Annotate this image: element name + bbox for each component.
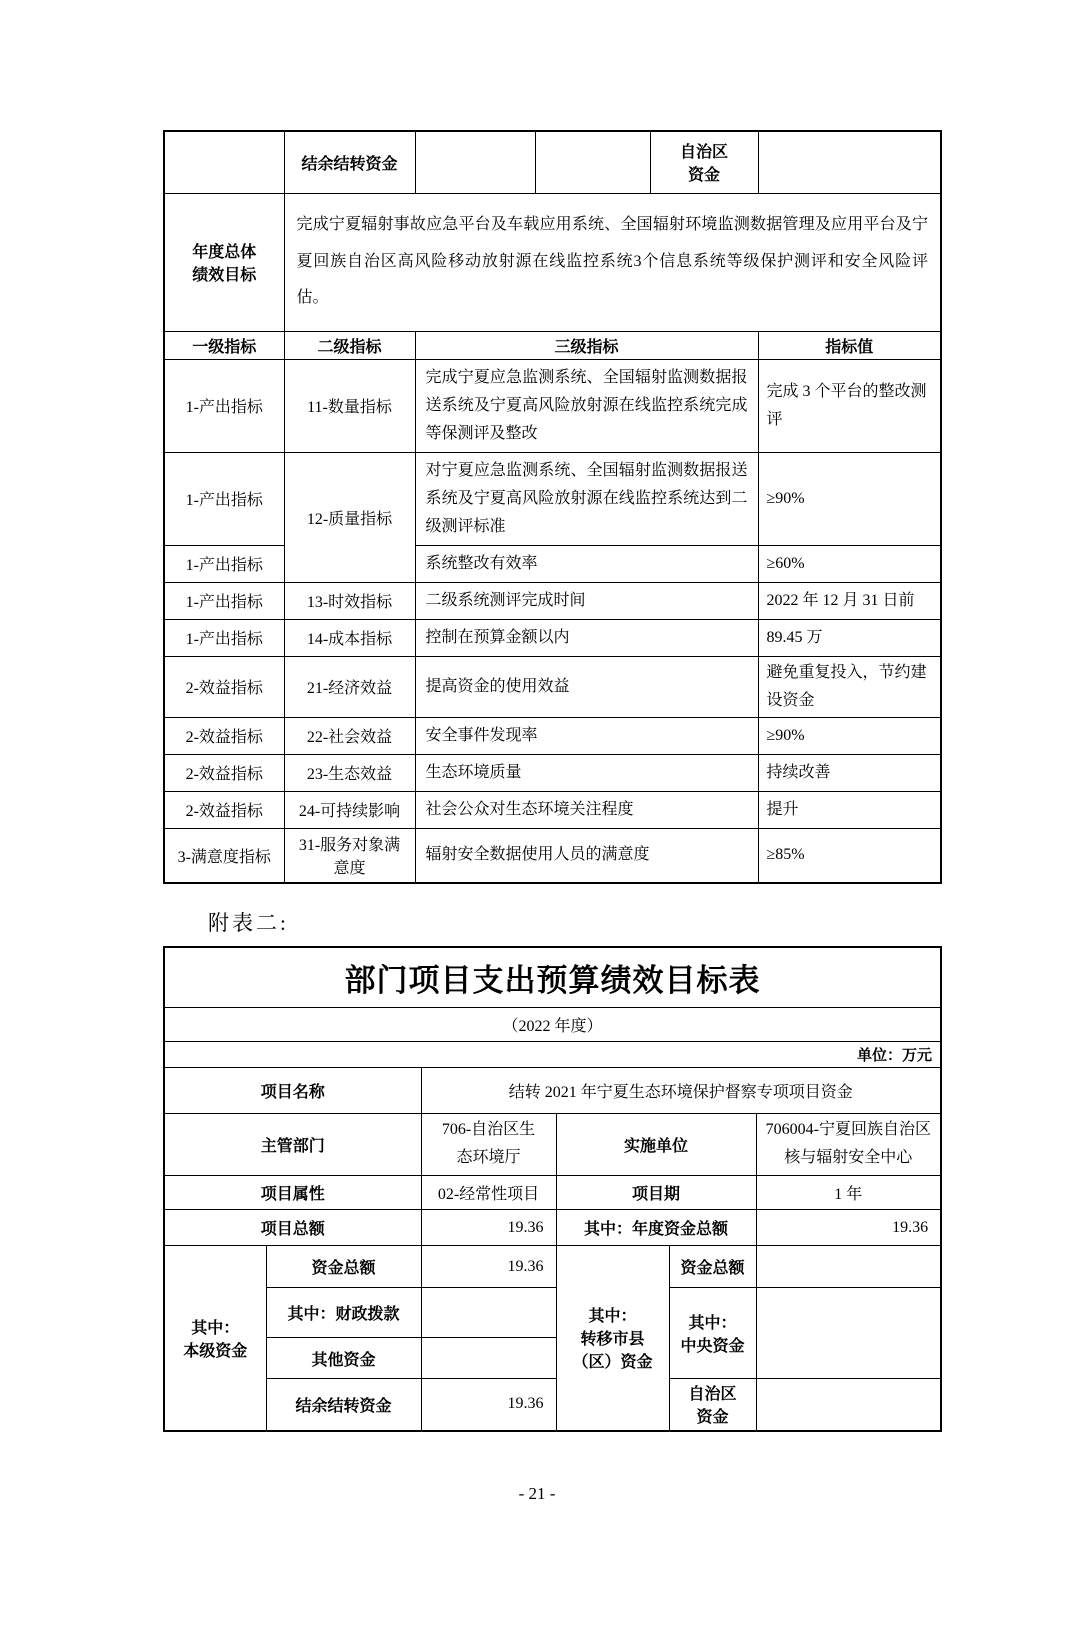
project-total-label: 项目总额: [164, 1210, 421, 1246]
indicator-level2: 23-生态效益: [284, 754, 415, 791]
indicator-level2: 13-时效指标: [284, 582, 415, 619]
indicator-row: 2-效益指标 24-可持续影响 社会公众对生态环境关注程度 提升: [164, 791, 941, 828]
indicator-level3: 对宁夏应急监测系统、全国辐射监测数据报送系统及宁夏高风险放射源在线监控系统达到二…: [415, 452, 758, 545]
indicator-level2: 31-服务对象满 意度: [284, 828, 415, 883]
indicator-level1: 2-效益指标: [164, 717, 284, 754]
indicator-level2: 21-经济效益: [284, 656, 415, 717]
table-year: （2022 年度）: [164, 1007, 941, 1041]
indicator-header-level1: 一级指标: [164, 331, 284, 359]
funds-row: 结余结转资金 19.36 自治区 资金: [164, 1379, 941, 1431]
project-budget-table: 部门项目支出预算绩效目标表 （2022 年度） 单位：万元 项目名称 结转 20…: [163, 946, 942, 1432]
region-funds-label: 自治区 资金: [669, 1379, 756, 1431]
annual-total-value: 19.36: [756, 1210, 941, 1246]
indicator-level1: 1-产出指标: [164, 619, 284, 656]
indicator-value: 提升: [758, 791, 941, 828]
indicator-header-row: 一级指标 二级指标 三级指标 指标值: [164, 331, 941, 359]
project-total-row: 项目总额 19.36 其中：年度资金总额 19.36: [164, 1210, 941, 1246]
other-funds-label: 其他资金: [266, 1338, 421, 1379]
indicator-header-value: 指标值: [758, 331, 941, 359]
indicator-level3: 提高资金的使用效益: [415, 656, 758, 717]
page-content: 结余结转资金 自治区 资金 年度总体 绩效目标 完成宁夏辐射事故应急平台及车载应…: [0, 130, 1074, 1432]
project-period-label: 项目期: [556, 1176, 756, 1210]
indicator-value: 避免重复投入，节约建设资金: [758, 656, 941, 717]
indicator-header-level3: 三级指标: [415, 331, 758, 359]
carryover-funds-row: 结余结转资金 自治区 资金: [164, 131, 941, 193]
indicator-level3: 生态环境质量: [415, 754, 758, 791]
table-unit: 单位：万元: [164, 1041, 941, 1067]
other-funds-value: [421, 1338, 556, 1379]
project-name-row: 项目名称 结转 2021 年宁夏生态环境保护督察专项项目资金: [164, 1067, 941, 1113]
empty-cell: [535, 131, 650, 193]
indicator-level3: 完成宁夏应急监测系统、全国辐射监测数据报送系统及宁夏高风险放射源在线监控系统完成…: [415, 359, 758, 452]
annual-total-label: 其中：年度资金总额: [556, 1210, 756, 1246]
annual-goal-text: 完成宁夏辐射事故应急平台及车载应用系统、全国辐射环境监测数据管理及应用平台及宁夏…: [284, 193, 941, 331]
fiscal-appropriation-value: [421, 1288, 556, 1338]
empty-cell: [164, 131, 284, 193]
indicator-level1: 1-产出指标: [164, 545, 284, 582]
indicator-level1: 1-产出指标: [164, 582, 284, 619]
fiscal-appropriation-label: 其中：财政拨款: [266, 1288, 421, 1338]
indicator-row: 1-产出指标 14-成本指标 控制在预算金额以内 89.45 万: [164, 619, 941, 656]
project-period-value: 1 年: [756, 1176, 941, 1210]
indicator-level1: 2-效益指标: [164, 791, 284, 828]
performance-table-continued: 结余结转资金 自治区 资金 年度总体 绩效目标 完成宁夏辐射事故应急平台及车载应…: [163, 130, 942, 884]
indicator-value: ≥90%: [758, 717, 941, 754]
indicator-value: 持续改善: [758, 754, 941, 791]
indicator-level3: 系统整改有效率: [415, 545, 758, 582]
central-funds-value: [756, 1288, 941, 1379]
indicator-level1: 2-效益指标: [164, 754, 284, 791]
indicator-level2: 12-质量指标: [284, 452, 415, 582]
indicator-level2: 22-社会效益: [284, 717, 415, 754]
carryover-funds-value: 19.36: [421, 1379, 556, 1431]
indicator-value: 89.45 万: [758, 619, 941, 656]
own-funds-label: 其中： 本级资金: [164, 1246, 266, 1431]
indicator-level3: 安全事件发现率: [415, 717, 758, 754]
implementing-unit-value: 706004-宁夏回族自治区核与辐射安全中心: [756, 1113, 941, 1176]
project-attribute-value: 02-经常性项目: [421, 1176, 556, 1210]
project-name-value: 结转 2021 年宁夏生态环境保护督察专项项目资金: [421, 1067, 941, 1113]
indicator-level1: 2-效益指标: [164, 656, 284, 717]
implementing-unit-label: 实施单位: [556, 1113, 756, 1176]
attachment-heading: 附表二:: [208, 907, 1074, 937]
carryover-funds-label: 结余结转资金: [284, 131, 415, 193]
region-funds-value: [756, 1379, 941, 1431]
indicator-row: 2-效益指标 21-经济效益 提高资金的使用效益 避免重复投入，节约建设资金: [164, 656, 941, 717]
indicator-header-level2: 二级指标: [284, 331, 415, 359]
table-title: 部门项目支出预算绩效目标表: [164, 947, 941, 1007]
funds-row: 其中： 本级资金 资金总额 19.36 其中： 转移市县 （区）资金 资金总额: [164, 1246, 941, 1288]
department-row: 主管部门 706-自治区生态环境厅 实施单位 706004-宁夏回族自治区核与辐…: [164, 1113, 941, 1176]
indicator-value: 完成 3 个平台的整改测评: [758, 359, 941, 452]
indicator-row: 1-产出指标 12-质量指标 对宁夏应急监测系统、全国辐射监测数据报送系统及宁夏…: [164, 452, 941, 545]
indicator-level3: 控制在预算金额以内: [415, 619, 758, 656]
indicator-level2: 11-数量指标: [284, 359, 415, 452]
transfer-total-value: [756, 1246, 941, 1288]
table-title-row: 部门项目支出预算绩效目标表: [164, 947, 941, 1007]
carryover-funds-label: 结余结转资金: [266, 1379, 421, 1431]
indicator-row: 2-效益指标 23-生态效益 生态环境质量 持续改善: [164, 754, 941, 791]
carryover-funds-value: [415, 131, 535, 193]
page-number: - 21 -: [0, 1484, 1074, 1504]
funds-row: 其中：财政拨款 其中： 中央资金: [164, 1288, 941, 1338]
annual-goal-row: 年度总体 绩效目标 完成宁夏辐射事故应急平台及车载应用系统、全国辐射环境监测数据…: [164, 193, 941, 331]
own-total-label: 资金总额: [266, 1246, 421, 1288]
indicator-level3: 辐射安全数据使用人员的满意度: [415, 828, 758, 883]
table-unit-row: 单位：万元: [164, 1041, 941, 1067]
indicator-row: 1-产出指标 系统整改有效率 ≥60%: [164, 545, 941, 582]
department-value: 706-自治区生态环境厅: [421, 1113, 556, 1176]
region-funds-value: [758, 131, 941, 193]
indicator-level1: 1-产出指标: [164, 452, 284, 545]
central-funds-label: 其中： 中央资金: [669, 1288, 756, 1379]
indicator-row: 1-产出指标 13-时效指标 二级系统测评完成时间 2022 年 12 月 31…: [164, 582, 941, 619]
indicator-value: ≥90%: [758, 452, 941, 545]
indicator-row: 3-满意度指标 31-服务对象满 意度 辐射安全数据使用人员的满意度 ≥85%: [164, 828, 941, 883]
project-attribute-row: 项目属性 02-经常性项目 项目期 1 年: [164, 1176, 941, 1210]
indicator-value: ≥85%: [758, 828, 941, 883]
table-year-row: （2022 年度）: [164, 1007, 941, 1041]
indicator-level2: 24-可持续影响: [284, 791, 415, 828]
project-attribute-label: 项目属性: [164, 1176, 421, 1210]
indicator-value: ≥60%: [758, 545, 941, 582]
indicator-level1: 3-满意度指标: [164, 828, 284, 883]
transfer-total-label: 资金总额: [669, 1246, 756, 1288]
indicator-level1: 1-产出指标: [164, 359, 284, 452]
indicator-row: 2-效益指标 22-社会效益 安全事件发现率 ≥90%: [164, 717, 941, 754]
region-funds-label: 自治区 资金: [650, 131, 758, 193]
indicator-level3: 二级系统测评完成时间: [415, 582, 758, 619]
transfer-funds-label: 其中： 转移市县 （区）资金: [556, 1246, 669, 1431]
department-label: 主管部门: [164, 1113, 421, 1176]
indicator-level3: 社会公众对生态环境关注程度: [415, 791, 758, 828]
indicator-level2: 14-成本指标: [284, 619, 415, 656]
indicator-value: 2022 年 12 月 31 日前: [758, 582, 941, 619]
own-total-value: 19.36: [421, 1246, 556, 1288]
indicator-row: 1-产出指标 11-数量指标 完成宁夏应急监测系统、全国辐射监测数据报送系统及宁…: [164, 359, 941, 452]
annual-goal-label: 年度总体 绩效目标: [164, 193, 284, 331]
project-total-value: 19.36: [421, 1210, 556, 1246]
project-name-label: 项目名称: [164, 1067, 421, 1113]
